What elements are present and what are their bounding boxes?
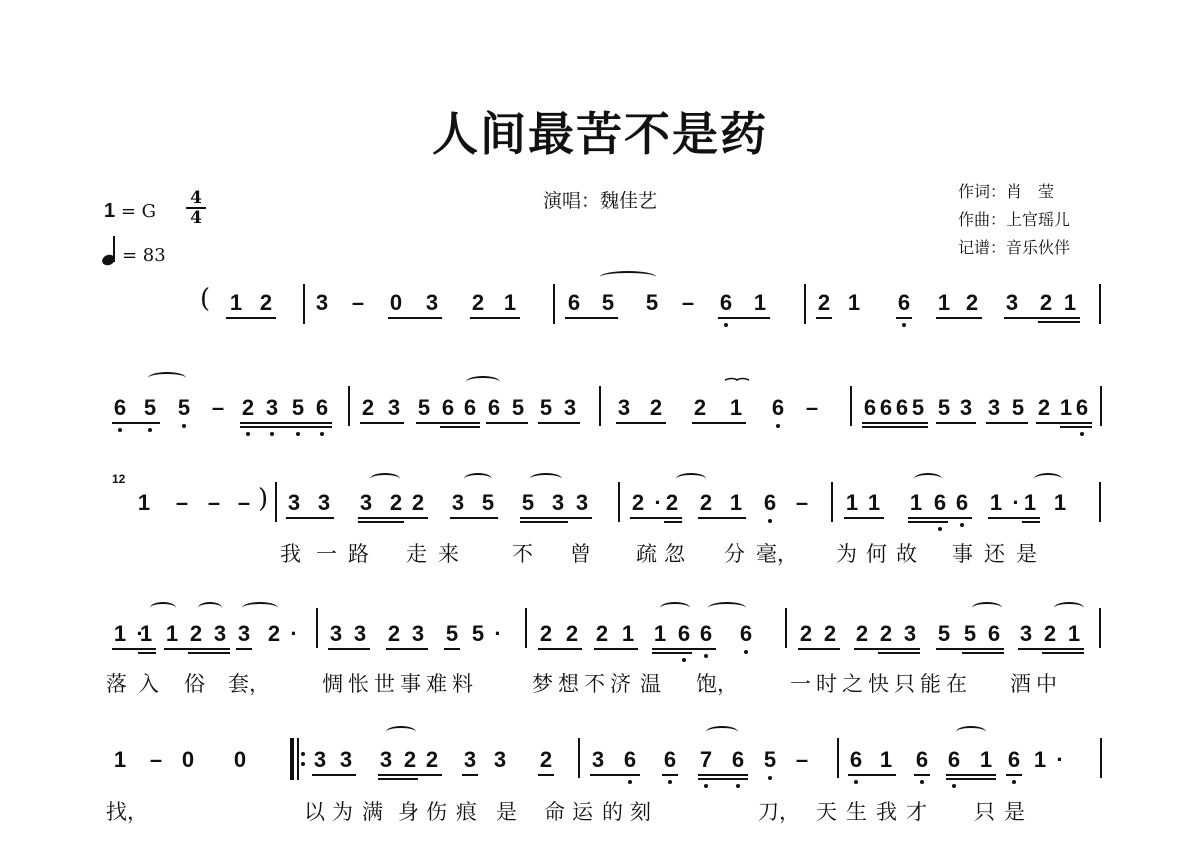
underline — [538, 422, 580, 424]
note: 6 — [698, 622, 714, 646]
note: 1 — [112, 622, 128, 646]
key-name: = G — [115, 201, 156, 222]
underline — [444, 648, 460, 650]
quarter-note-icon — [102, 236, 116, 266]
note: 3 — [590, 748, 606, 772]
lyric: 落 — [106, 672, 127, 696]
lyric: 饱， — [696, 672, 738, 696]
note: 3 — [574, 491, 590, 515]
lyric: 故 — [896, 542, 917, 566]
slur-arc — [150, 602, 176, 614]
underline — [416, 422, 480, 424]
underline — [378, 778, 418, 780]
lyric: 世 — [374, 672, 395, 696]
lyric: 快 — [868, 672, 889, 696]
note: 6 — [730, 748, 746, 772]
lyric: 只 — [974, 800, 995, 824]
slur-arc — [148, 372, 186, 384]
note: 6 — [848, 748, 864, 772]
note: 2 — [424, 748, 440, 772]
underline — [520, 517, 592, 519]
lyric: 中 — [1036, 672, 1057, 696]
note: 1 — [1052, 491, 1068, 515]
slur-arc — [1034, 473, 1062, 485]
note: 2 — [402, 748, 418, 772]
note: 1 — [988, 491, 1004, 515]
octave-dot — [1080, 432, 1084, 436]
underline — [652, 652, 692, 654]
lyric: 为 — [836, 542, 857, 566]
lyric: 路 — [348, 542, 369, 566]
underline — [226, 317, 276, 319]
note: 3 — [312, 748, 328, 772]
barline — [804, 284, 806, 324]
note: 2 — [1036, 396, 1052, 420]
octave-dot — [768, 776, 772, 780]
lyric: 济 — [610, 672, 631, 696]
underline — [112, 648, 156, 650]
lyric: 是 — [496, 800, 517, 824]
note: 1 — [112, 748, 128, 772]
note: 5 — [480, 491, 496, 515]
slur-arc — [370, 473, 400, 485]
underline — [358, 517, 428, 519]
underline — [652, 648, 716, 650]
underline — [386, 648, 428, 650]
octave-dot — [118, 428, 122, 432]
lyric: 毫， — [756, 542, 798, 566]
underline — [450, 517, 498, 519]
underline — [698, 517, 746, 519]
note: 1 — [978, 748, 994, 772]
note: 3 — [424, 291, 440, 315]
transcriber-credit: 记谱：音乐伙伴 — [958, 234, 1070, 262]
note: 6 — [762, 491, 778, 515]
note: 6 — [896, 291, 912, 315]
lyric: 天 — [816, 800, 837, 824]
note: 2 — [1038, 291, 1054, 315]
note: 1 — [1032, 748, 1048, 772]
barline — [316, 608, 318, 648]
note: 3 — [616, 396, 632, 420]
underline — [440, 426, 480, 428]
underline — [692, 422, 746, 424]
lyric: 之 — [842, 672, 863, 696]
note: 2 — [240, 396, 256, 420]
lyric: 入 — [138, 672, 159, 696]
lyric: 事 — [952, 542, 973, 566]
underline — [862, 422, 928, 424]
aug-dot: · — [1052, 748, 1068, 772]
lyric: 刻 — [630, 800, 651, 824]
note: 1 — [866, 491, 882, 515]
underline — [1018, 648, 1084, 650]
underline — [358, 521, 404, 523]
underline — [1038, 321, 1080, 323]
note: 3 — [462, 748, 478, 772]
lyric: 的 — [602, 800, 623, 824]
note: 7 — [698, 748, 714, 772]
note: 3 — [358, 491, 374, 515]
note: 2 — [470, 291, 486, 315]
barline — [303, 284, 305, 324]
note: 1 — [878, 748, 894, 772]
note: 6 — [862, 396, 878, 420]
note: 5 — [936, 396, 952, 420]
lyric: 满 — [362, 800, 383, 824]
note: 6 — [946, 748, 962, 772]
note: 2 — [1042, 622, 1058, 646]
dash: – — [794, 748, 810, 772]
underline — [936, 317, 982, 319]
lyric: 一 — [316, 542, 337, 566]
underline — [1036, 422, 1092, 424]
lyricist-credit: 作词：肖 莹 — [958, 178, 1070, 206]
underline — [946, 774, 996, 776]
underline — [1004, 317, 1080, 319]
note: 6 — [566, 291, 582, 315]
note: 1 — [136, 491, 152, 515]
slur-arc — [972, 602, 1002, 614]
barline — [1099, 284, 1101, 324]
note: 6 — [462, 396, 478, 420]
note: 2 — [822, 622, 838, 646]
note: 6 — [954, 491, 970, 515]
time-bottom: 4 — [186, 210, 206, 226]
note: 2 — [188, 622, 204, 646]
note: 2 — [258, 291, 274, 315]
note: 6 — [986, 622, 1002, 646]
open-paren: ( — [200, 284, 210, 314]
underline — [328, 648, 370, 650]
underline — [538, 648, 582, 650]
underline — [538, 774, 554, 776]
note: 5 — [510, 396, 526, 420]
lyric: 我 — [280, 542, 301, 566]
note: 6 — [1006, 748, 1022, 772]
barline — [553, 284, 555, 324]
lyric: 一 — [790, 672, 811, 696]
volta-mark: 12 — [112, 472, 125, 486]
note: 1 — [752, 291, 768, 315]
note: 6 — [718, 291, 734, 315]
dash: – — [210, 396, 226, 420]
note: 1 — [936, 291, 952, 315]
barline — [599, 386, 601, 426]
note: 5 — [538, 396, 554, 420]
note: 6 — [314, 396, 330, 420]
note: 3 — [264, 396, 280, 420]
octave-dot — [320, 432, 324, 436]
underline — [988, 517, 1040, 519]
octave-dot — [744, 650, 748, 654]
lyric: 走 — [406, 542, 427, 566]
lyric: 还 — [984, 542, 1005, 566]
note: 1 — [1066, 622, 1082, 646]
note: 2 — [594, 622, 610, 646]
note: 1 — [1058, 396, 1074, 420]
note: 6 — [914, 748, 930, 772]
time-signature: 4 4 — [186, 190, 206, 226]
octave-dot — [148, 428, 152, 432]
note: 6 — [486, 396, 502, 420]
lyric: 料 — [452, 672, 473, 696]
lyric: 温 — [640, 672, 661, 696]
lyric: 曾 — [570, 542, 591, 566]
underline — [1022, 521, 1040, 523]
underline — [486, 422, 528, 424]
underline — [590, 774, 640, 776]
note: 5 — [470, 622, 486, 646]
lyric: 不 — [512, 542, 533, 566]
aug-dot: · — [490, 622, 506, 646]
note: 6 — [112, 396, 128, 420]
barline — [275, 482, 277, 522]
barline — [1100, 386, 1102, 426]
underline — [962, 652, 1004, 654]
underline — [896, 317, 912, 319]
underline — [462, 774, 478, 776]
slur-arc — [706, 726, 738, 738]
octave-dot — [938, 527, 942, 531]
note: 2 — [798, 622, 814, 646]
note: 3 — [352, 622, 368, 646]
octave-dot — [952, 784, 956, 788]
lyric: 能 — [920, 672, 941, 696]
note: 3 — [378, 748, 394, 772]
lyric: 套， — [228, 672, 270, 696]
note: 6 — [738, 622, 754, 646]
note: 1 — [728, 491, 744, 515]
underline — [236, 648, 252, 650]
underline — [1042, 652, 1084, 654]
lyric: 俗 — [184, 672, 205, 696]
lyric: 痕 — [456, 800, 477, 824]
repeat-thick-bar — [290, 738, 294, 780]
barline — [618, 482, 620, 522]
note: 6 — [622, 748, 638, 772]
note: 6 — [662, 748, 678, 772]
note: 0 — [388, 291, 404, 315]
underline — [862, 426, 928, 428]
note: 3 — [902, 622, 918, 646]
note: 2 — [816, 291, 832, 315]
lyric: 分 — [724, 542, 745, 566]
octave-dot — [704, 654, 708, 658]
note: 5 — [290, 396, 306, 420]
note: 2 — [692, 396, 708, 420]
note: 1 — [1022, 491, 1038, 515]
note: 2 — [630, 491, 646, 515]
note: 6 — [878, 396, 894, 420]
octave-dot — [724, 323, 728, 327]
slur-arc — [1054, 602, 1084, 614]
underline — [565, 317, 618, 319]
slur-arc — [600, 271, 656, 283]
note: 3 — [236, 622, 252, 646]
underline — [986, 422, 1028, 424]
lyric: 才 — [906, 800, 927, 824]
lyric: 是 — [1004, 800, 1025, 824]
note: 0 — [180, 748, 196, 772]
lyric: 运 — [572, 800, 593, 824]
lyric: 刀， — [758, 800, 800, 824]
underline — [360, 422, 404, 424]
underline — [240, 422, 332, 424]
underline — [112, 422, 160, 424]
lyric: 不 — [584, 672, 605, 696]
dash: – — [804, 396, 820, 420]
note: 1 — [728, 396, 744, 420]
note: 3 — [958, 396, 974, 420]
key-signature: 1 = G — [104, 200, 156, 223]
octave-dot — [628, 780, 632, 784]
note: 2 — [538, 622, 554, 646]
note: 2 — [664, 491, 680, 515]
underline — [520, 521, 568, 523]
lyric: 酒 — [1010, 672, 1031, 696]
barline — [578, 738, 580, 778]
octave-dot — [768, 519, 772, 523]
note: 2 — [360, 396, 376, 420]
dash: – — [236, 491, 252, 515]
barline — [348, 386, 350, 426]
slur-arc — [660, 602, 690, 614]
lyric: 伤 — [426, 800, 447, 824]
lyric: 来 — [438, 542, 459, 566]
dash: – — [206, 491, 222, 515]
barline — [297, 738, 299, 780]
note: 3 — [316, 491, 332, 515]
note: 1 — [652, 622, 668, 646]
note: 3 — [1004, 291, 1020, 315]
underline — [164, 648, 230, 650]
octave-dot — [246, 432, 250, 436]
note: 5 — [416, 396, 432, 420]
underline — [470, 317, 520, 319]
underline — [1006, 774, 1022, 776]
note: 2 — [410, 491, 426, 515]
close-paren: ) — [258, 484, 268, 514]
note: 5 — [762, 748, 778, 772]
composer-credit: 作曲：上官瑶儿 — [958, 206, 1070, 234]
slur-arc — [466, 376, 500, 388]
slur-arc — [386, 726, 416, 738]
note: 2 — [386, 622, 402, 646]
underline — [664, 521, 682, 523]
underline — [698, 778, 748, 780]
barline — [1099, 608, 1101, 648]
note: 6 — [676, 622, 692, 646]
note: 5 — [936, 622, 952, 646]
key-degree: 1 — [104, 200, 115, 222]
note: 3 — [314, 291, 330, 315]
note: 1 — [502, 291, 518, 315]
lyric: 身 — [398, 800, 419, 824]
underline — [844, 517, 884, 519]
note: 1 — [138, 622, 154, 646]
octave-dot — [270, 432, 274, 436]
underline — [848, 774, 896, 776]
octave-dot — [668, 780, 672, 784]
note: 3 — [450, 491, 466, 515]
lyric: 忽 — [664, 542, 685, 566]
underline — [662, 774, 678, 776]
lyric: 为 — [332, 800, 353, 824]
lyric: 我 — [876, 800, 897, 824]
lyric: 在 — [946, 672, 967, 696]
note: 3 — [550, 491, 566, 515]
note: 1 — [844, 491, 860, 515]
underline — [378, 774, 442, 776]
underline — [616, 422, 666, 424]
note: 2 — [564, 622, 580, 646]
octave-dot — [854, 780, 858, 784]
mordent-icon: ⁀⁀ — [724, 374, 750, 398]
note: 2 — [964, 291, 980, 315]
dash: – — [174, 491, 190, 515]
lyric: 惆 — [322, 672, 343, 696]
note: 3 — [328, 622, 344, 646]
note: 5 — [644, 291, 660, 315]
octave-dot — [296, 432, 300, 436]
aug-dot: · — [286, 622, 302, 646]
underline — [936, 422, 976, 424]
octave-dot — [182, 424, 186, 428]
note: 5 — [910, 396, 926, 420]
octave-dot — [301, 762, 305, 766]
underline — [946, 778, 996, 780]
note: 2 — [388, 491, 404, 515]
octave-dot — [301, 752, 305, 756]
underline — [630, 517, 682, 519]
octave-dot — [960, 523, 964, 527]
underline — [936, 648, 1004, 650]
slur-arc — [242, 602, 278, 614]
lyric: 想 — [558, 672, 579, 696]
song-title: 人间最苦不是药 — [0, 98, 1200, 164]
note: 5 — [444, 622, 460, 646]
tempo-marking: = 83 — [102, 236, 166, 266]
note: 2 — [854, 622, 870, 646]
dash: – — [680, 291, 696, 315]
note: 1 — [620, 622, 636, 646]
underline — [908, 517, 972, 519]
underline — [914, 774, 930, 776]
note: 0 — [232, 748, 248, 772]
underline — [718, 317, 770, 319]
octave-dot — [902, 323, 906, 327]
underline — [240, 426, 332, 428]
lyric: 怅 — [348, 672, 369, 696]
underline — [798, 648, 840, 650]
time-top: 4 — [186, 190, 206, 206]
underline — [312, 774, 356, 776]
barline — [850, 386, 852, 426]
note: 1 — [228, 291, 244, 315]
note: 1 — [846, 291, 862, 315]
slur-arc — [676, 473, 706, 485]
underline — [594, 648, 638, 650]
barline — [837, 738, 839, 778]
slur-arc — [956, 726, 986, 738]
note: 3 — [212, 622, 228, 646]
underline — [908, 521, 948, 523]
underline — [816, 317, 832, 319]
note: 5 — [1010, 396, 1026, 420]
slur-arc — [464, 473, 492, 485]
slur-arc — [198, 602, 222, 614]
